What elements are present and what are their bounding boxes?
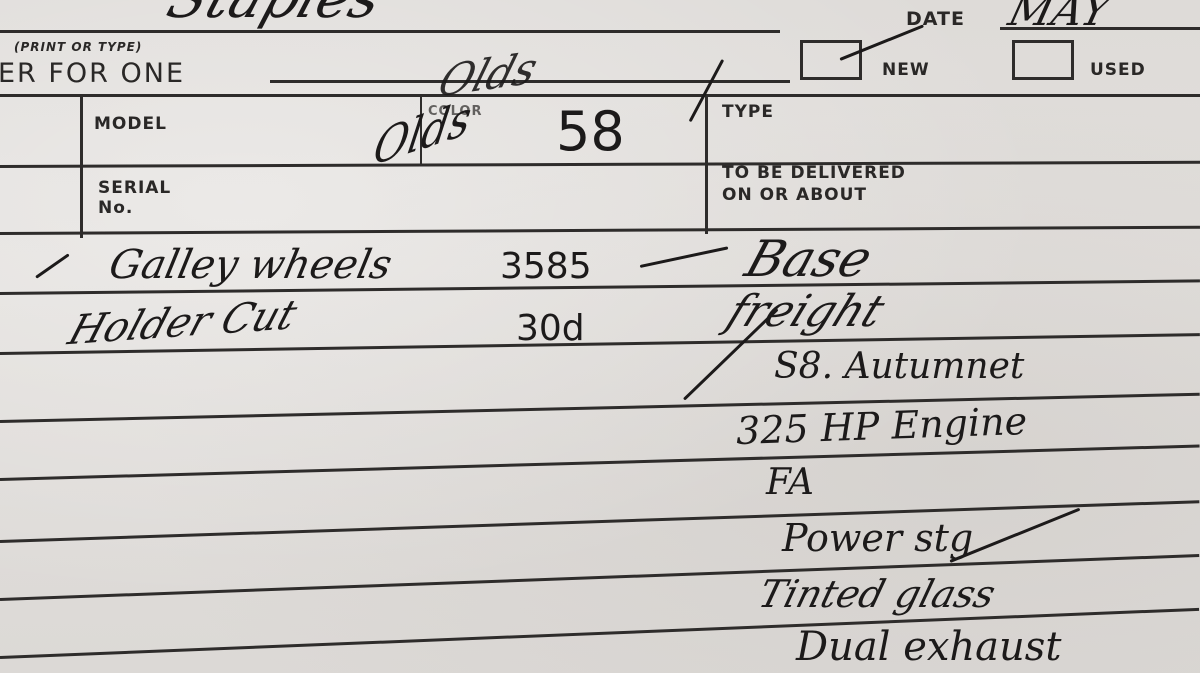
print-or-type-label: (PRINT OR TYPE) xyxy=(14,40,142,54)
vline-left xyxy=(80,96,83,238)
right-item-2: freight xyxy=(720,286,892,337)
left-item-1-description: Galley wheels xyxy=(105,242,396,288)
right-item-7: Tinted glass xyxy=(754,572,1000,616)
order-for-label: ER FOR ONE xyxy=(0,58,185,89)
delivery-label-line2: ON OR ABOUT xyxy=(722,184,906,206)
purchaser-name: Staples xyxy=(159,0,390,31)
rule-top-name xyxy=(0,30,780,33)
rule-header-bottom xyxy=(0,94,1200,97)
serial-label-line2: No. xyxy=(98,198,171,218)
type-label: TYPE xyxy=(722,102,774,122)
used-checkbox[interactable] xyxy=(1012,40,1074,80)
delivery-label: TO BE DELIVERED ON OR ABOUT xyxy=(722,162,906,206)
date-value: MAY xyxy=(1004,0,1116,35)
new-label: NEW xyxy=(882,60,930,80)
serial-label-line1: SERIAL xyxy=(98,178,171,198)
right-item-1: Base xyxy=(739,230,880,288)
right-item-8: Dual exhaust xyxy=(796,624,1061,670)
delivery-label-line1: TO BE DELIVERED xyxy=(722,162,906,184)
color-value: 58 xyxy=(556,100,625,163)
left-item-1-value: 3585 xyxy=(500,246,592,287)
new-checkbox[interactable] xyxy=(800,40,862,80)
model-label: MODEL xyxy=(94,114,167,134)
right-item-3: S8. Autumnet xyxy=(774,346,1024,387)
serial-label: SERIAL No. xyxy=(98,178,171,218)
left-item-2-value: 30d xyxy=(516,308,585,349)
used-label: USED xyxy=(1090,60,1146,80)
right-item-5: FA xyxy=(766,462,814,503)
vline-mid xyxy=(705,96,708,234)
right-item-6: Power stg xyxy=(782,516,973,560)
